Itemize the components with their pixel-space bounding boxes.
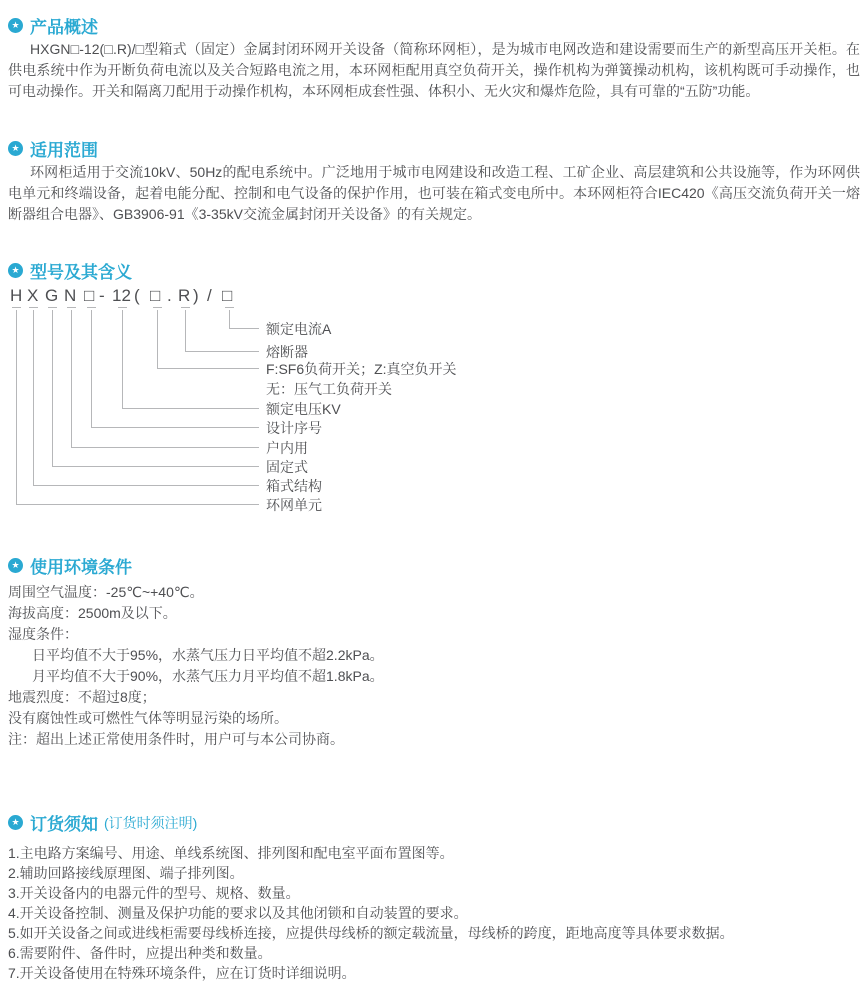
model-label-indoor: 户内用 xyxy=(266,438,308,458)
model-code-char: □ xyxy=(84,286,94,306)
ordering-subtitle: (订货时须注明) xyxy=(104,813,197,833)
model-heading: ★ 型号及其含义 xyxy=(8,258,132,283)
model-tick xyxy=(118,307,127,308)
star-bullet-icon: ★ xyxy=(8,141,23,156)
ordering-item: 4.开关设备控制、测量及保护功能的要求以及其他闭锁和自动装置的要求。 xyxy=(8,903,860,923)
model-code-char: 12 xyxy=(112,286,131,306)
overview-paragraph: HXGN□-12(□.R)/□型箱式（固定）金属封闭环网开关设备（简称环网柜），… xyxy=(8,39,860,102)
overview-title: 产品概述 xyxy=(30,13,98,38)
catalog-page: { "colors": { "accent": "#2aa9d2", "text… xyxy=(0,0,867,989)
model-tick xyxy=(153,307,162,308)
star-bullet-icon: ★ xyxy=(8,558,23,573)
env-line-altitude: 海拔高度：2500m及以下。 xyxy=(8,603,860,624)
model-label-box-structure: 箱式结构 xyxy=(266,476,322,496)
model-code-char: H xyxy=(10,286,22,306)
star-bullet-icon: ★ xyxy=(8,18,23,33)
model-code-char: □ xyxy=(150,286,160,306)
model-code-char: ) xyxy=(193,286,199,306)
model-label-rated-voltage: 额定电压KV xyxy=(266,399,341,419)
scope-paragraph: 环网柜适用于交流10kV、50Hz的配电系统中。广泛地用于城市电网建设和改造工程… xyxy=(8,162,860,225)
env-line-humidity-header: 湿度条件： xyxy=(8,624,860,645)
model-label-design-serial: 设计序号 xyxy=(266,418,322,438)
ordering-item: 5.如开关设备之间或进线柜需要母线桥连接，应提供母线桥的额定载流量，母线桥的跨度… xyxy=(8,923,860,943)
environment-conditions: 周围空气温度：-25℃~+40℃。 海拔高度：2500m及以下。 湿度条件： 日… xyxy=(8,582,860,750)
model-code-char: ( xyxy=(134,286,140,306)
model-code-char: □ xyxy=(222,286,232,306)
model-label-switch-type-none: 无：压气工负荷开关 xyxy=(266,379,392,399)
ordering-item: 6.需要附件、备件时，应提出种类和数量。 xyxy=(8,943,860,963)
ordering-item: 2.辅助回路接线原理图、端子排列图。 xyxy=(8,863,860,883)
model-code-char: / xyxy=(207,286,212,306)
scope-heading: ★ 适用范围 xyxy=(8,136,98,161)
model-title: 型号及其含义 xyxy=(30,258,132,283)
ordering-item: 3.开关设备内的电器元件的型号、规格、数量。 xyxy=(8,883,860,903)
model-tick xyxy=(225,307,234,308)
scope-title: 适用范围 xyxy=(30,136,98,161)
model-code-char: N xyxy=(64,286,76,306)
model-code-char: X xyxy=(27,286,38,306)
model-label-ring-unit: 环网单元 xyxy=(266,495,322,515)
environment-heading: ★ 使用环境条件 xyxy=(8,553,132,578)
env-line-temperature: 周围空气温度：-25℃~+40℃。 xyxy=(8,582,860,603)
env-line-pollution: 没有腐蚀性或可燃性气体等明显污染的场所。 xyxy=(8,708,860,729)
model-code-char: . xyxy=(167,286,172,306)
model-label-switch-type: F:SF6负荷开关；Z:真空负开关 xyxy=(266,359,457,379)
star-bullet-icon: ★ xyxy=(8,263,23,278)
model-tick xyxy=(181,307,190,308)
env-line-seismic: 地震烈度：不超过8度； xyxy=(8,687,860,708)
model-label-rated-current: 额定电流A xyxy=(266,319,331,339)
ordering-item: 1.主电路方案编号、用途、单线系统图、排列图和配电室平面布置图等。 xyxy=(8,843,860,863)
ordering-title: 订货须知 xyxy=(30,810,98,835)
model-code-char: G xyxy=(45,286,58,306)
model-tick xyxy=(67,307,76,308)
model-connector-ring-unit xyxy=(16,310,259,505)
model-tick xyxy=(48,307,57,308)
model-code-char: R xyxy=(178,286,190,306)
overview-heading: ★ 产品概述 xyxy=(8,13,98,38)
ordering-item: 7.开关设备使用在特殊环境条件，应在订货时详细说明。 xyxy=(8,963,860,983)
star-bullet-icon: ★ xyxy=(8,815,23,830)
model-code-char: - xyxy=(99,286,105,306)
ordering-notes-list: 1.主电路方案编号、用途、单线系统图、排列图和配电室平面布置图等。 2.辅助回路… xyxy=(8,843,860,983)
env-line-note: 注：超出上述正常使用条件时，用户可与本公司协商。 xyxy=(8,729,860,750)
env-line-humidity-daily: 日平均值不大于95%，水蒸气压力日平均值不超2.2kPa。 xyxy=(8,645,860,666)
model-label-fixed: 固定式 xyxy=(266,457,308,477)
env-line-humidity-monthly: 月平均值不大于90%，水蒸气压力月平均值不超1.8kPa。 xyxy=(8,666,860,687)
model-tick xyxy=(87,307,96,308)
model-tick xyxy=(12,307,21,308)
environment-title: 使用环境条件 xyxy=(30,553,132,578)
ordering-heading: ★ 订货须知 (订货时须注明) xyxy=(8,810,197,835)
model-tick xyxy=(29,307,38,308)
model-designation-diagram: H X G N □ - 12 ( □ . R ) / □ 额定电流A 熔断器 F… xyxy=(8,286,658,526)
